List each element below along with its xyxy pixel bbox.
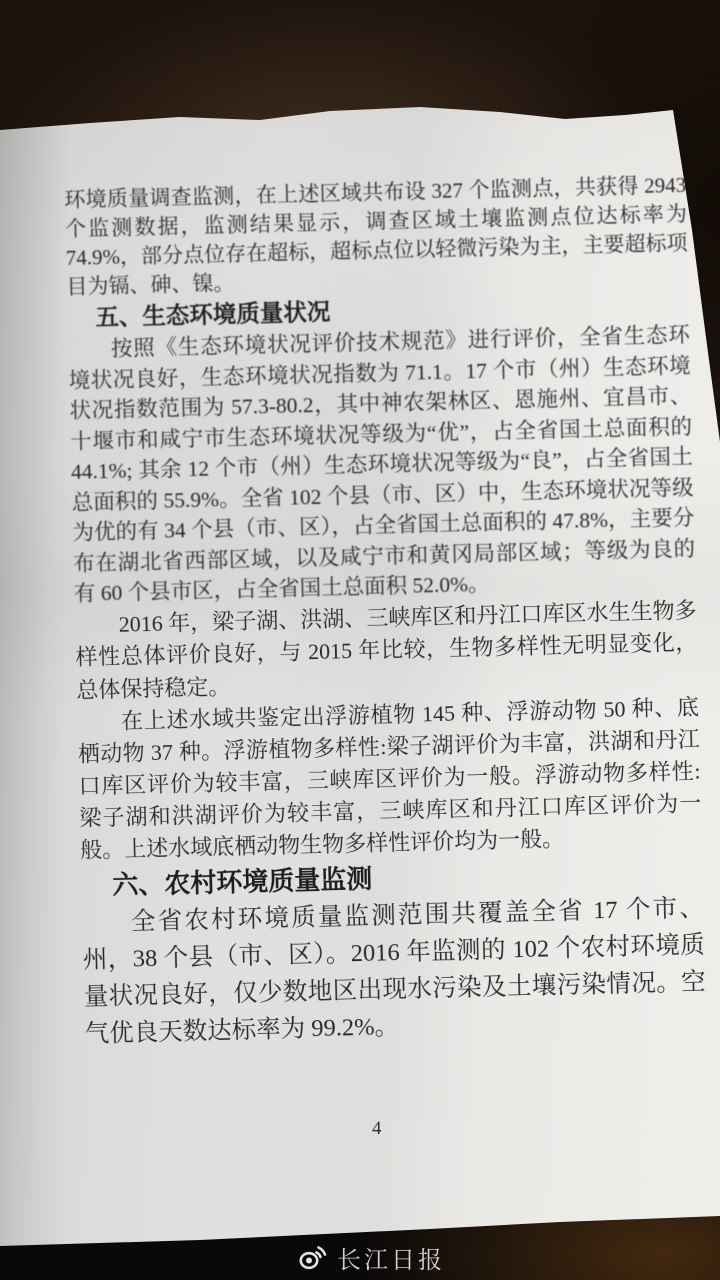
weibo-icon bbox=[298, 1243, 328, 1271]
paragraph-rural-monitoring: 全省农村环境质量监测范围共覆盖全省 17 个市、州，38 个县（市、区）。201… bbox=[82, 890, 707, 1053]
watermark: 长江日报 bbox=[298, 1240, 445, 1274]
page-text: 环境质量调查监测，在上述区域共布设 327 个监测点，共获得 2943 个监测数… bbox=[64, 171, 707, 1053]
document-page: 环境质量调查监测，在上述区域共布设 327 个监测点，共获得 2943 个监测数… bbox=[0, 0, 720, 1280]
paragraph-eco-evaluation: 按照《生态环境状况评价技术规范》进行评价，全省生态环境状况良好，生态环境状况指数… bbox=[68, 320, 697, 610]
page-number: 4 bbox=[372, 1118, 382, 1140]
paragraph-aquatic-biodiversity: 2016 年，梁子湖、洪湖、三峡库区和丹江口库区水生生物多样性总体评价良好，与 … bbox=[74, 594, 698, 707]
paragraph-species-identified: 在上述水域共鉴定出浮游植物 145 种、浮游动物 50 种、底栖动物 37 种。… bbox=[77, 692, 703, 867]
watermark-text: 长江日报 bbox=[337, 1240, 445, 1275]
paragraph-soil-monitoring: 环境质量调查监测，在上述区域共布设 327 个监测点，共获得 2943 个监测数… bbox=[64, 171, 689, 302]
photo-background: 环境质量调查监测，在上述区域共布设 327 个监测点，共获得 2943 个监测数… bbox=[0, 0, 720, 1280]
